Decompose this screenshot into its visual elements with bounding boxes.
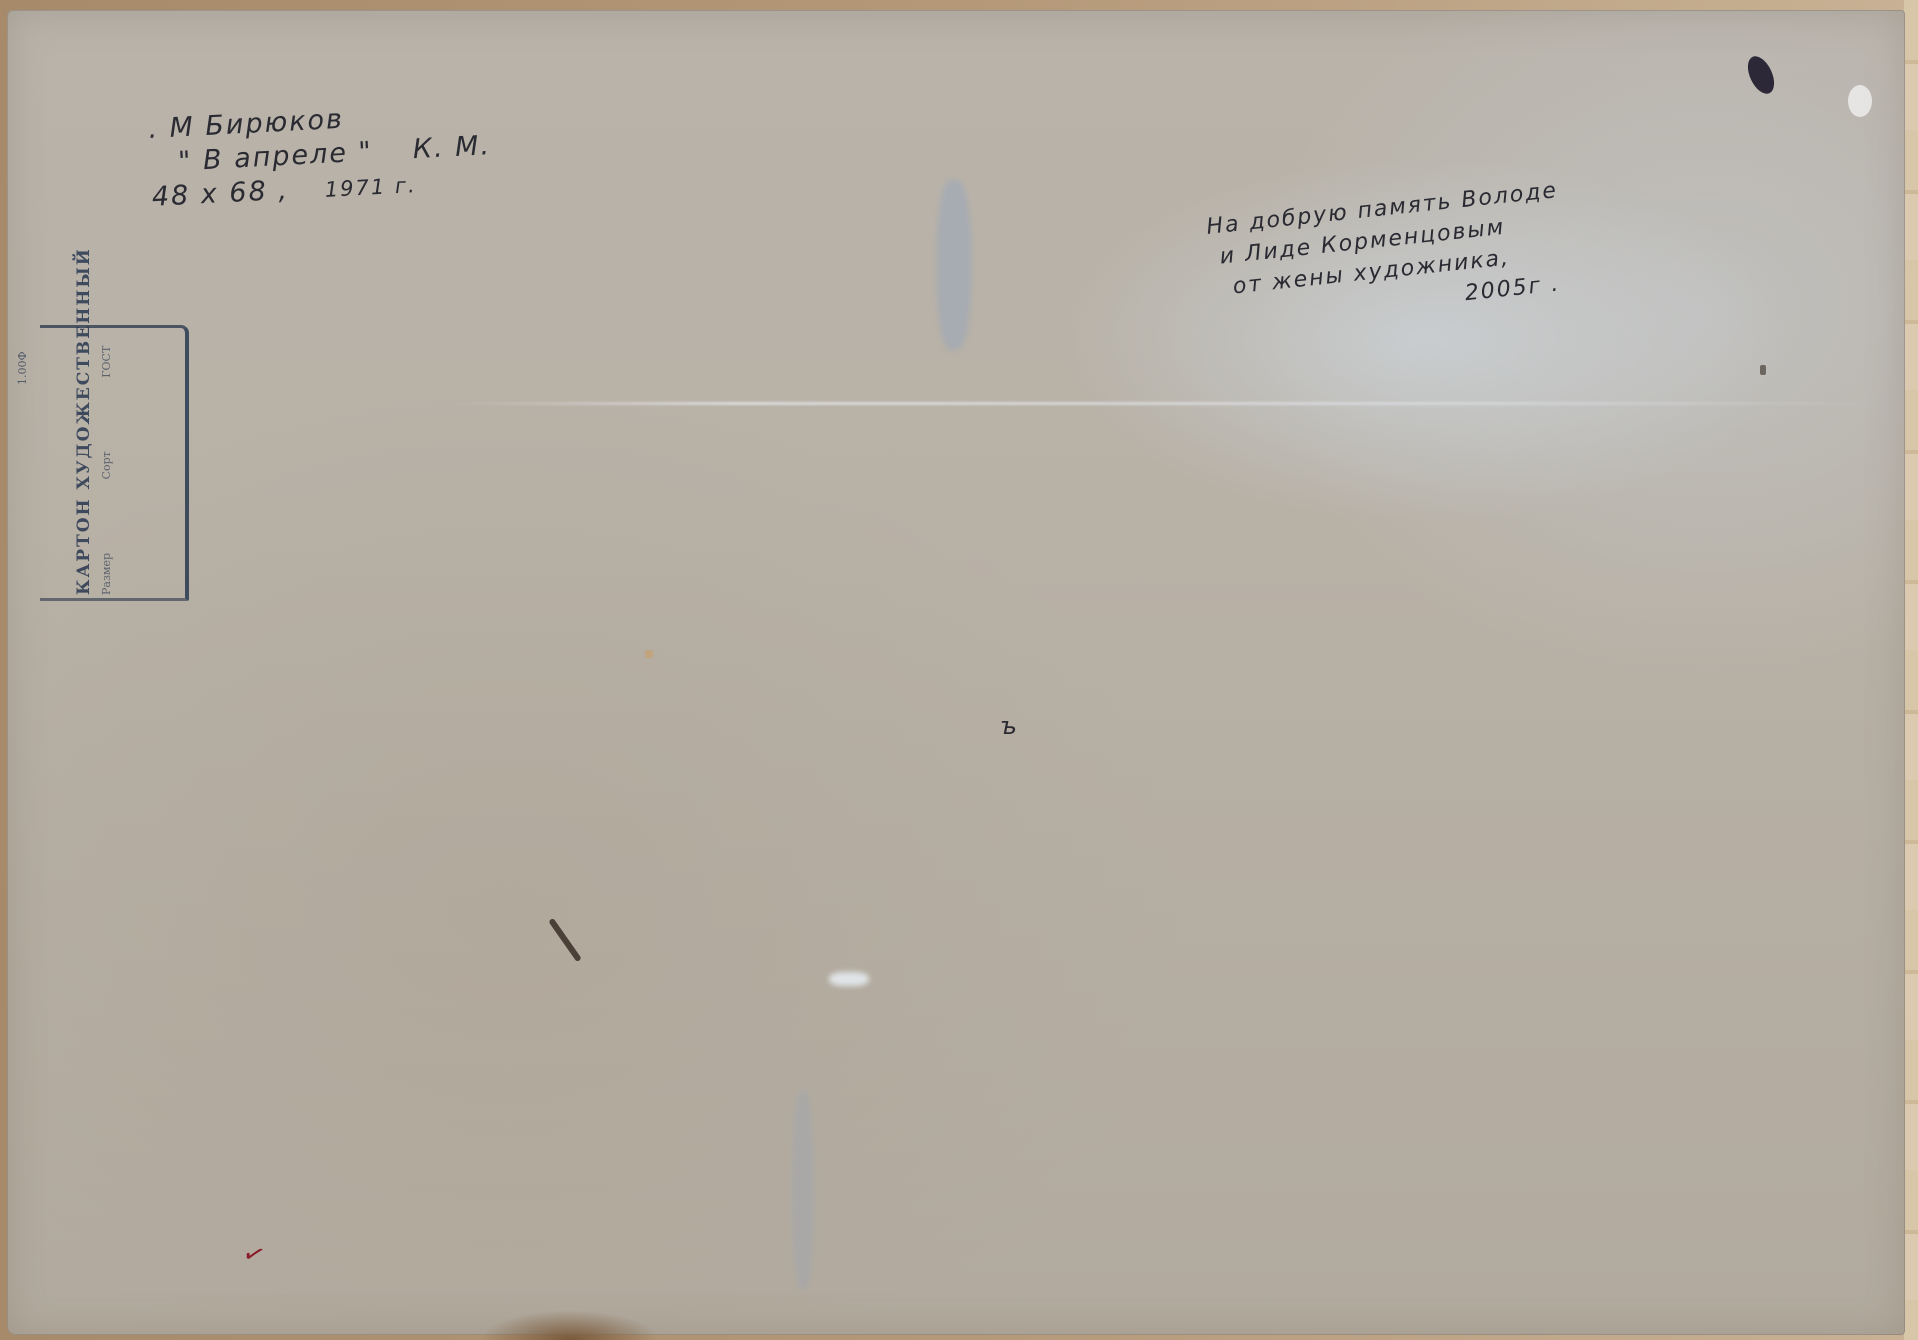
artist-label: . М Бирюков " В апреле "К. М. 48 x 68 ,1…	[148, 95, 494, 216]
stamp-field-grade: Сорт	[100, 451, 113, 479]
blue-streak	[792, 1090, 814, 1290]
spot	[645, 650, 653, 658]
horizontal-crease	[447, 402, 1887, 405]
stamp-side-text: 1.00Ф	[16, 351, 29, 385]
stamp-field-size: Размер	[100, 553, 113, 595]
cardboard-back	[7, 10, 1905, 1335]
stamp-field-gost: ГОСТ	[100, 346, 113, 378]
spot	[1760, 365, 1766, 375]
manufacturer-stamp: КАРТОН ХУДОЖЕСТВЕННЫЙ Размер Сорт ГОСТ	[40, 247, 113, 595]
center-mark: ъ	[1000, 712, 1019, 740]
torn-corner	[1848, 85, 1872, 117]
medium: К. М.	[412, 130, 492, 165]
stamp-title: КАРТОН ХУДОЖЕСТВЕННЫЙ	[74, 247, 94, 595]
stamp-fields: Размер Сорт ГОСТ	[100, 247, 113, 595]
blue-streak	[937, 180, 971, 350]
wooden-surface	[1904, 0, 1918, 1340]
artwork-year: 1971 г.	[324, 173, 417, 202]
white-spot	[829, 972, 869, 986]
artwork-size: 48 x 68 ,	[151, 175, 289, 213]
bottom-stain	[480, 1310, 660, 1340]
